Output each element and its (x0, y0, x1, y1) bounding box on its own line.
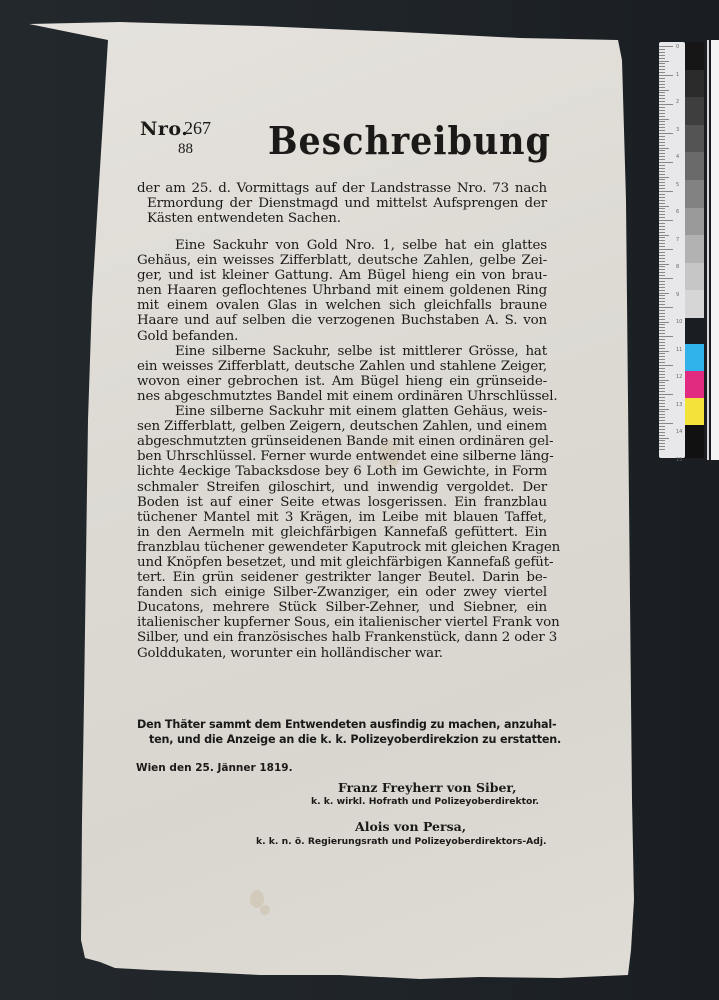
ruler-tick (659, 185, 665, 186)
signature-title: k. k. n. ö. Regierungsrath und Polizeyob… (256, 836, 546, 847)
ruler-tick (659, 377, 665, 378)
body-line: wovon einer gebrochen ist. Am Bügel hien… (137, 374, 547, 389)
ruler-tick (659, 182, 665, 183)
ruler-tick (659, 333, 665, 334)
ruler-tick (659, 92, 665, 93)
ruler-tick (659, 203, 665, 204)
body-line: Haare und auf selben die verzogenen Buch… (137, 313, 547, 328)
ruler-tick (659, 371, 665, 372)
ruler-tick (659, 95, 665, 96)
gray-swatch (685, 97, 704, 125)
color-calibration-strip: 0123456789101112131415 (659, 42, 707, 458)
document-title: Beschreibung (268, 118, 551, 163)
ruler-tick (659, 287, 665, 288)
ruler-tick (659, 438, 669, 439)
ruler-tick (659, 229, 665, 230)
signature-name: Franz Freyherr von Siber, (338, 780, 516, 795)
ruler-tick (659, 374, 665, 375)
ruler-tick (659, 78, 665, 79)
body-line: italienischer kupferner Sous, ein italie… (137, 615, 547, 630)
ruler-tick (659, 382, 665, 383)
ruler-tick (659, 90, 669, 91)
ruler-tick (659, 142, 665, 143)
ruler-tick (659, 261, 665, 262)
ruler-tick (659, 226, 665, 227)
body-line: lichte 4eckige Tabacksdose bey 6 Loth im… (137, 464, 547, 479)
ruler-tick (659, 327, 665, 328)
ruler-tick (659, 171, 665, 172)
ruler-tick (659, 81, 665, 82)
ruler-tick (659, 162, 673, 163)
ruler-tick (659, 365, 673, 366)
document-date: Wien den 25. Jänner 1819. (136, 762, 293, 774)
ruler-tick (659, 121, 665, 122)
ruler-tick (659, 61, 669, 62)
notice-line: Den Thäter sammt dem Entwendeten ausfind… (137, 717, 547, 732)
ruler-tick (659, 411, 665, 412)
ruler-tick (659, 208, 665, 209)
ruler-tick (659, 197, 665, 198)
ruler-tick (659, 200, 665, 201)
ruler-tick (659, 391, 665, 392)
ruler-tick (659, 194, 665, 195)
body-line: Eine silberne Sackuhr mit einem glatten … (137, 404, 547, 419)
ruler-tick (659, 420, 665, 421)
ruler-tick (659, 174, 665, 175)
ruler-tick (659, 255, 665, 256)
gray-swatch (685, 152, 704, 180)
ruler-tick (659, 258, 665, 259)
ruler-tick (659, 348, 665, 349)
ruler-tick (659, 368, 665, 369)
ruler-tick (659, 104, 673, 105)
ruler-tick (659, 266, 665, 267)
gray-swatch (685, 290, 704, 318)
ruler-tick (659, 443, 665, 444)
body-line: und Knöpfen besetzet, und mit gleichfärb… (137, 555, 547, 570)
ruler-tick (659, 119, 669, 120)
body-line: franzblau tüchener gewendeter Kaputrock … (137, 540, 547, 555)
ruler-number: 2 (676, 99, 679, 105)
ruler-tick (659, 110, 665, 111)
ruler-tick (659, 243, 665, 244)
ruler-tick (659, 237, 665, 238)
ruler-tick (659, 49, 665, 50)
body-line: Gold befanden. (137, 329, 547, 344)
ruler-number: 1 (676, 72, 679, 78)
ruler-tick (659, 397, 665, 398)
body-line: nes abgeschmutztes Bandel mit einem ordi… (137, 389, 547, 404)
ruler-tick (659, 116, 665, 117)
ruler-tick (659, 240, 665, 241)
body-line: ein weisses Zifferblatt, deutsche Zahlen… (137, 359, 547, 374)
ruler-number: 12 (676, 374, 682, 380)
ruler-tick (659, 319, 665, 320)
black-swatch (685, 425, 704, 458)
ruler-tick (659, 440, 665, 441)
ruler-tick (659, 426, 665, 427)
ruler-tick (659, 179, 665, 180)
ruler-tick (659, 136, 665, 137)
ruler-tick (659, 284, 665, 285)
ruler-tick (659, 353, 665, 354)
ruler-tick (659, 87, 665, 88)
ruler-tick (659, 165, 665, 166)
ruler-tick (659, 75, 673, 76)
ruler-tick (659, 417, 665, 418)
ruler-tick (659, 150, 665, 151)
ruler-tick (659, 449, 665, 450)
notice-line: ten, und die Anzeige an die k. k. Polize… (137, 732, 547, 747)
ruler-tick (659, 385, 665, 386)
ruler-tick (659, 168, 665, 169)
body-line: ger, und ist kleiner Gattung. Am Bügel h… (137, 268, 547, 283)
ruler-tick (659, 394, 673, 395)
intro-line: der am 25. d. Vormittags auf der Landstr… (137, 181, 547, 196)
ruler-tick (659, 403, 665, 404)
ruler-tick (659, 113, 665, 114)
ruler-tick (659, 107, 665, 108)
ruler-tick (659, 235, 669, 236)
body-line: Eine silberne Sackuhr, selbe ist mittler… (137, 344, 547, 359)
ruler-tick (659, 435, 665, 436)
ruler-tick (659, 58, 665, 59)
gray-swatch (685, 235, 704, 263)
ruler-tick (659, 298, 665, 299)
signature-name: Alois von Persa, (355, 819, 466, 834)
ruler-tick (659, 388, 665, 389)
ruler-tick (659, 342, 665, 343)
gray-swatch (685, 180, 704, 208)
ruler-tick (659, 281, 665, 282)
ruler-tick (659, 148, 669, 149)
ruler-tick (659, 130, 665, 131)
body-line: Silber, und ein französisches halb Frank… (137, 630, 547, 645)
ruler-tick (659, 409, 669, 410)
ruler-tick (659, 133, 673, 134)
signature-title: k. k. wirkl. Hofrath und Polizeyoberdire… (311, 796, 539, 807)
ruler-tick (659, 159, 665, 160)
cyan-swatch (685, 344, 704, 371)
body-line: Gehäus, ein weisses Zifferblatt, deutsch… (137, 253, 547, 268)
ruler-tick (659, 313, 665, 314)
ruler-tick (659, 380, 669, 381)
strip-edge (707, 40, 709, 460)
ruler-tick (659, 278, 673, 279)
ruler-tick (659, 345, 665, 346)
ruler-tick (659, 223, 665, 224)
intro-line: Kästen entwendeten Sachen. (137, 211, 547, 226)
ruler-tick (659, 336, 673, 337)
ruler-tick (659, 84, 665, 85)
ruler-tick (659, 72, 665, 73)
ruler-tick (659, 316, 665, 317)
gray-swatch (685, 125, 704, 153)
ruler-tick (659, 351, 669, 352)
body-line: Golddukaten, worunter ein holländischer … (137, 646, 547, 661)
ruler-tick (659, 406, 665, 407)
body-line: abgeschmutzten grünseidenen Bande mit ei… (137, 434, 547, 449)
ruler-tick (659, 156, 665, 157)
ruler-tick (659, 98, 665, 99)
document-number-sub: 88 (178, 141, 193, 158)
gray-swatch (685, 263, 704, 291)
notice-paragraph: Den Thäter sammt dem Entwendeten ausfind… (137, 717, 547, 747)
document-number-label: Nro. (140, 118, 188, 140)
body-line: Ducatons, mehrere Stück Silber-Zehner, u… (137, 600, 547, 615)
ruler-number: 6 (676, 209, 679, 215)
ruler-tick (659, 252, 665, 253)
ruler-number: 10 (676, 319, 682, 325)
ruler-tick (659, 66, 665, 67)
body-text: Eine Sackuhr von Gold Nro. 1, selbe hat … (137, 238, 547, 661)
ruler-tick (659, 214, 665, 215)
ruler: 0123456789101112131415 (659, 42, 685, 458)
body-line: ben Uhrschlüssel. Ferner wurde entwendet… (137, 449, 547, 464)
ruler-tick (659, 272, 665, 273)
magenta-swatch (685, 371, 704, 398)
body-line: nen Haaren geflochtenes Uhrband mit eine… (137, 283, 547, 298)
ruler-tick (659, 293, 669, 294)
ruler-tick (659, 217, 665, 218)
ruler-number: 4 (676, 154, 679, 160)
ruler-number: 0 (676, 44, 679, 50)
ruler-tick (659, 301, 665, 302)
document: Nro. 267 88 Beschreibung der am 25. d. V… (0, 0, 719, 1000)
ruler-tick (659, 46, 673, 47)
ruler-tick (659, 264, 669, 265)
ruler-tick (659, 446, 665, 447)
ruler-tick (659, 63, 665, 64)
body-line: in den Aermeln mit gleichfärbigen Kannef… (137, 525, 547, 540)
ruler-number: 9 (676, 292, 679, 298)
gray-swatch (685, 70, 704, 98)
ruler-tick (659, 153, 665, 154)
body-line: Boden ist auf einer Seite etwas losgeris… (137, 495, 547, 510)
body-line: tert. Ein grün seidener gestrikter lange… (137, 570, 547, 585)
ruler-tick (659, 400, 665, 401)
ruler-number: 7 (676, 237, 679, 243)
ruler-tick (659, 322, 669, 323)
ruler-number: 3 (676, 127, 679, 133)
ruler-tick (659, 101, 665, 102)
intro-line: Ermordung der Dienstmagd und mittelst Au… (137, 196, 547, 211)
ruler-tick (659, 295, 665, 296)
ruler-tick (659, 191, 673, 192)
ruler-number: 8 (676, 264, 679, 270)
ruler-tick (659, 220, 673, 221)
body-line: fanden sich einige Silber-Zwanziger, ein… (137, 585, 547, 600)
gray-swatch (685, 42, 704, 70)
gray-scale-swatches (685, 42, 704, 458)
ruler-tick (659, 339, 665, 340)
ruler-tick (659, 304, 665, 305)
gray-swatch (685, 208, 704, 236)
ruler-tick (659, 127, 665, 128)
ruler-tick (659, 432, 665, 433)
ruler-tick (659, 249, 673, 250)
body-line: tüchener Mantel mit 3 Krägen, im Leibe m… (137, 510, 547, 525)
ruler-tick (659, 55, 665, 56)
ruler-number: 15 (676, 457, 682, 463)
body-line: mit einem ovalen Glas in welchen sich gl… (137, 298, 547, 313)
ruler-tick (659, 139, 665, 140)
ruler-tick (659, 429, 665, 430)
ruler-tick (659, 307, 673, 308)
ruler-tick (659, 269, 665, 270)
body-line: Eine Sackuhr von Gold Nro. 1, selbe hat … (137, 238, 547, 253)
ruler-tick (659, 362, 665, 363)
intro-paragraph: der am 25. d. Vormittags auf der Landstr… (137, 181, 547, 226)
ruler-tick (659, 324, 665, 325)
ruler-tick (659, 356, 665, 357)
ruler-tick (659, 310, 665, 311)
ruler-tick (659, 188, 665, 189)
ruler-tick (659, 211, 665, 212)
ruler-tick (659, 414, 665, 415)
ruler-tick (659, 145, 665, 146)
ruler-tick (659, 177, 669, 178)
body-line: schmaler Streifen giloschirt, und inwend… (137, 480, 547, 495)
ruler-tick (659, 359, 665, 360)
ruler-tick (659, 69, 665, 70)
ruler-tick (659, 275, 665, 276)
ruler-tick (659, 423, 673, 424)
ruler-tick (659, 246, 665, 247)
ruler-tick (659, 124, 665, 125)
ruler-tick (659, 232, 665, 233)
strip-edge (711, 40, 719, 460)
ruler-tick (659, 52, 665, 53)
document-number: 267 (184, 118, 211, 139)
ruler-tick (659, 206, 669, 207)
yellow-swatch (685, 398, 704, 425)
ruler-tick (659, 330, 665, 331)
ruler-tick (659, 290, 665, 291)
ruler-number: 14 (676, 429, 682, 435)
body-line: sen Zifferblatt, gelben Zeigern, deutsch… (137, 419, 547, 434)
ruler-number: 5 (676, 182, 679, 188)
ruler-number: 13 (676, 402, 682, 408)
ruler-number: 11 (676, 347, 682, 353)
